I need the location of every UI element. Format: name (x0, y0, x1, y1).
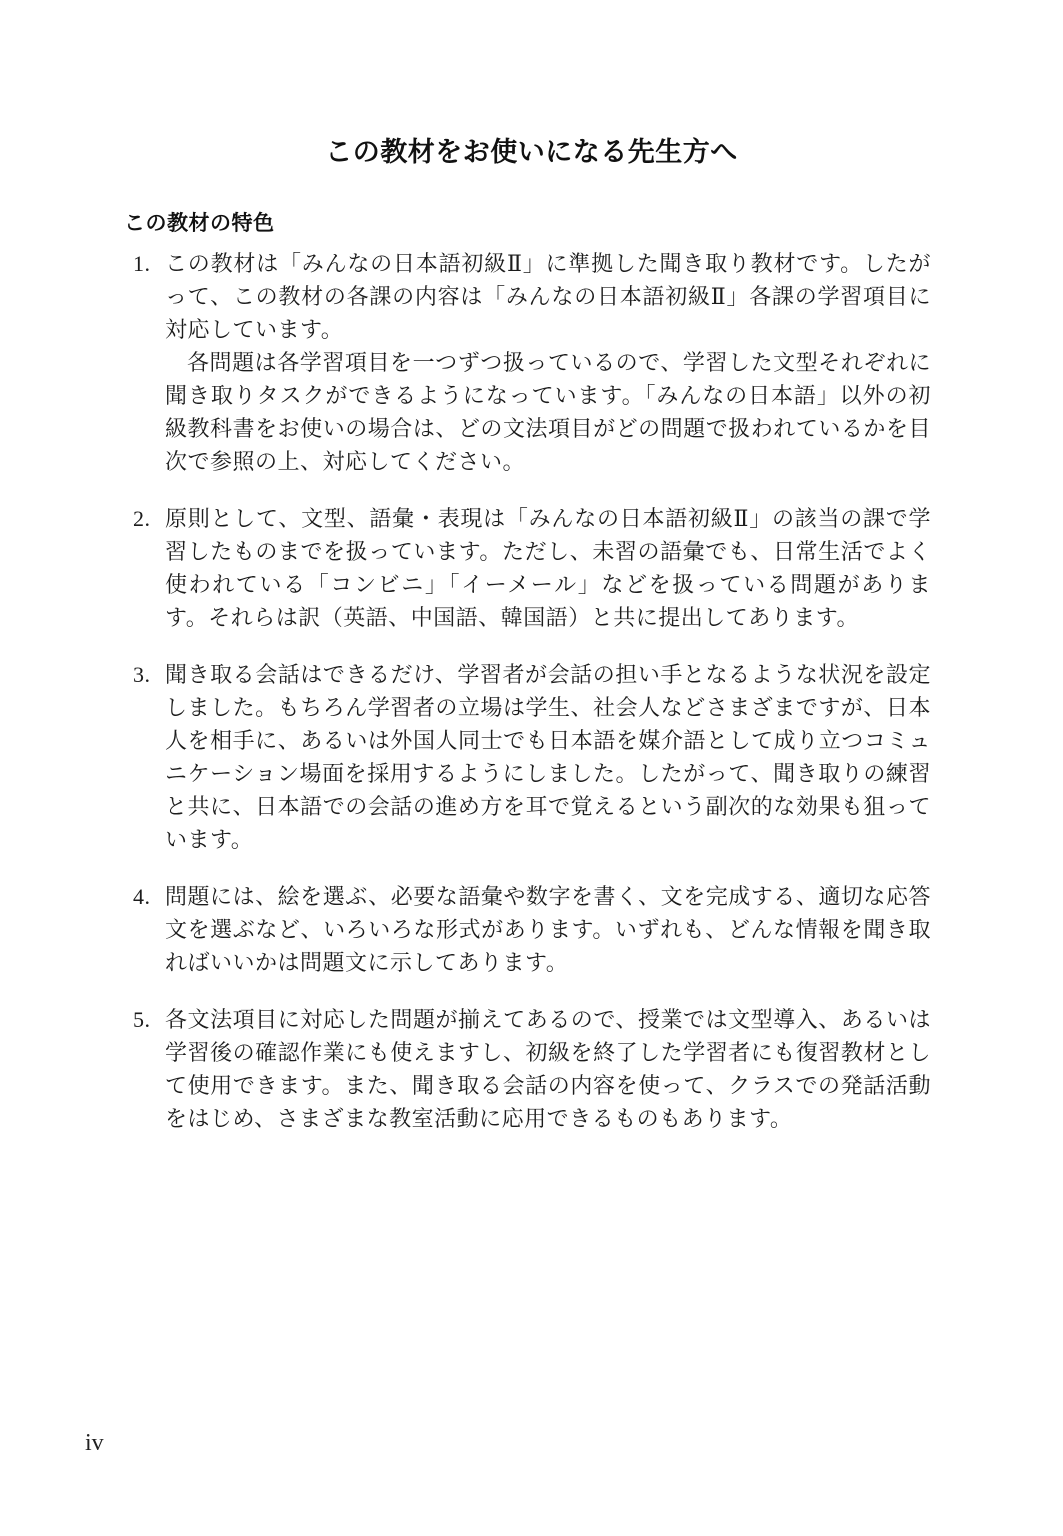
list-item-1-paragraph-2: 各問題は各学習項目を一つずつ扱っているので、学習した文型それぞれに聞き取りタスク… (165, 346, 931, 478)
list-item-1-number: 1. (133, 247, 151, 280)
list-item-3-paragraph-1: 聞き取る会話はできるだけ、学習者が会話の担い手となるような状況を設定しました。も… (165, 658, 931, 856)
list-item-1-paragraph-1: この教材は「みんなの日本語初級Ⅱ」に準拠した聞き取り教材です。したがって、この教… (165, 247, 931, 346)
list-item-2-number: 2. (133, 502, 151, 535)
list-item-3: 3. 聞き取る会話はできるだけ、学習者が会話の担い手となるような状況を設定しまし… (133, 658, 931, 856)
page-number: iv (85, 1430, 104, 1457)
list-item-5: 5. 各文法項目に対応した問題が揃えてあるので、授業では文型導入、あるいは学習後… (133, 1003, 931, 1135)
section-heading: この教材の特色 (124, 207, 936, 237)
page-content: この教材の特色 1. この教材は「みんなの日本語初級Ⅱ」に準拠した聞き取り教材で… (124, 207, 936, 1135)
list-item-5-paragraph-1: 各文法項目に対応した問題が揃えてあるので、授業では文型導入、あるいは学習後の確認… (165, 1003, 931, 1135)
list-item-3-number: 3. (133, 658, 151, 691)
document-page: この教材をお使いになる先生方へ この教材の特色 1. この教材は「みんなの日本語… (0, 0, 1063, 1536)
list-item-5-number: 5. (133, 1003, 151, 1036)
list-item-4-number: 4. (133, 880, 151, 913)
feature-list: 1. この教材は「みんなの日本語初級Ⅱ」に準拠した聞き取り教材です。したがって、… (133, 247, 936, 1135)
list-item-4: 4. 問題には、絵を選ぶ、必要な語彙や数字を書く、文を完成する、適切な応答文を選… (133, 880, 931, 979)
list-item-4-paragraph-1: 問題には、絵を選ぶ、必要な語彙や数字を書く、文を完成する、適切な応答文を選ぶなど… (165, 880, 931, 979)
page-title: この教材をお使いになる先生方へ (0, 130, 1063, 169)
list-item-1: 1. この教材は「みんなの日本語初級Ⅱ」に準拠した聞き取り教材です。したがって、… (133, 247, 931, 478)
list-item-2-paragraph-1: 原則として、文型、語彙・表現は「みんなの日本語初級Ⅱ」の該当の課で学習したものま… (165, 502, 931, 634)
list-item-2: 2. 原則として、文型、語彙・表現は「みんなの日本語初級Ⅱ」の該当の課で学習した… (133, 502, 931, 634)
